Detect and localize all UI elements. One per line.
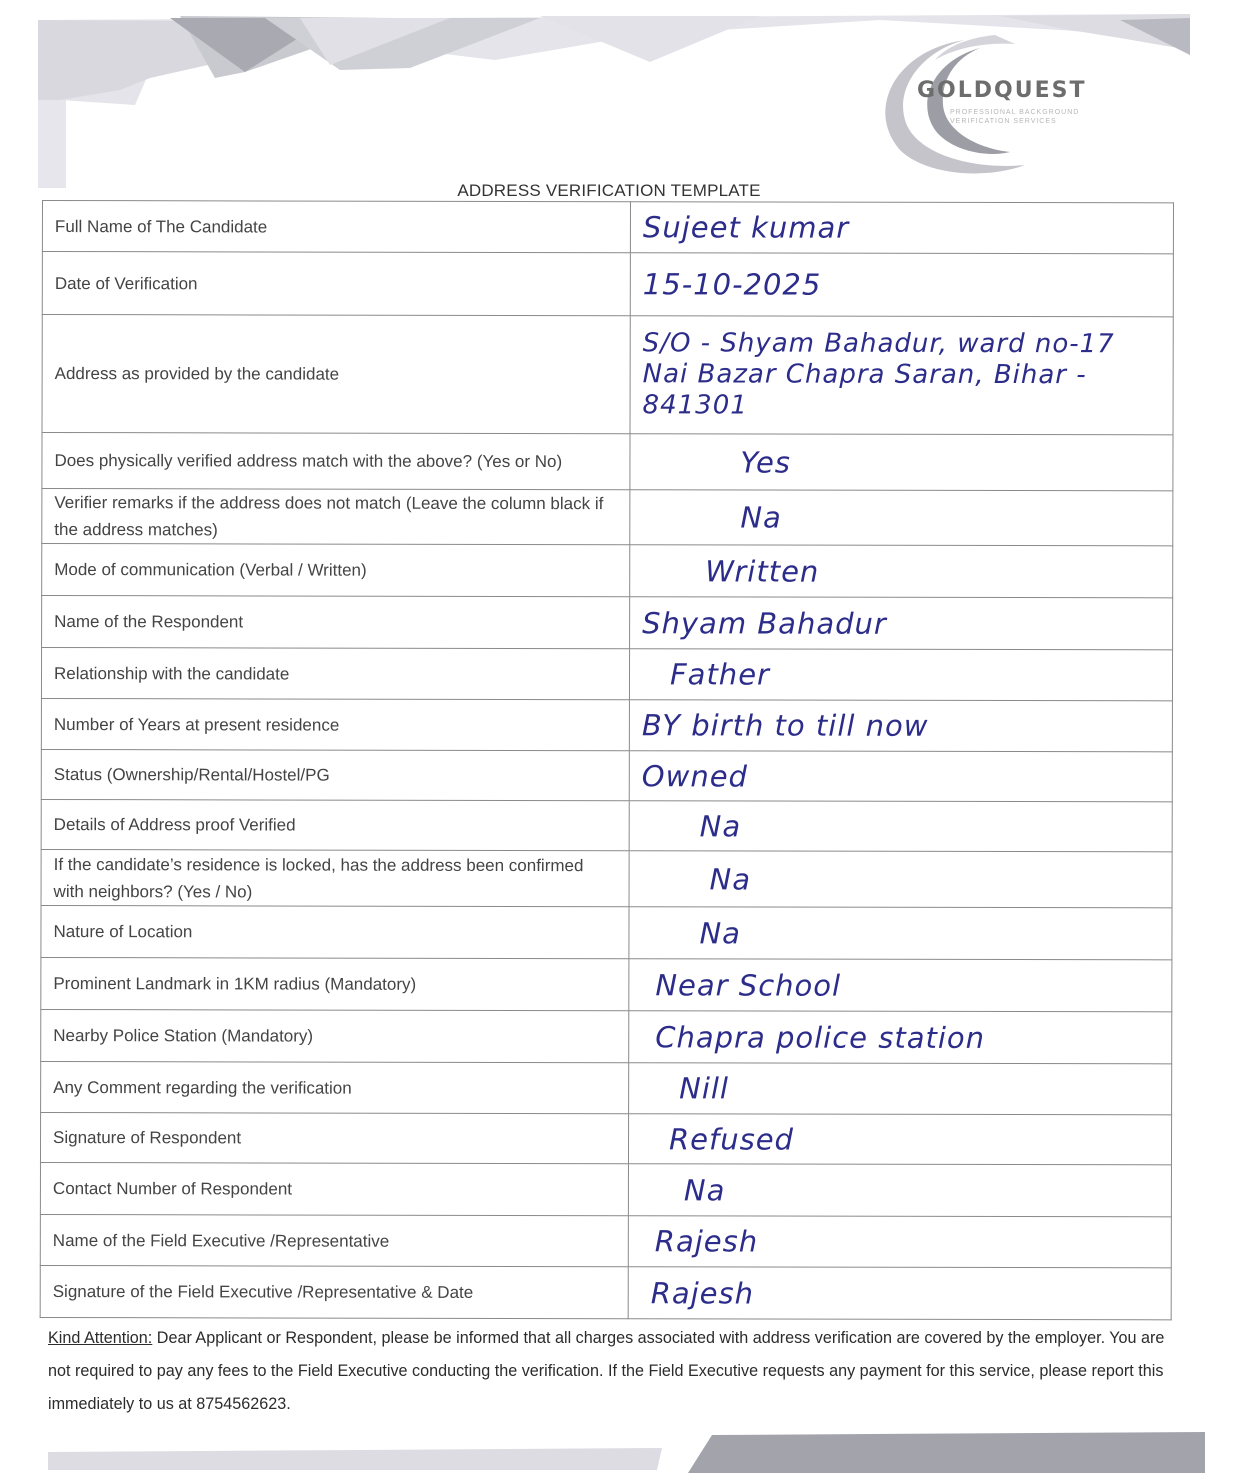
field-label: Nearby Police Station (Mandatory) [41,1009,629,1062]
field-label: If the candidate’s residence is locked, … [41,849,629,906]
field-value-comment[interactable]: Nill [629,1063,1172,1115]
field-label: Mode of communication (Verbal / Written) [42,544,630,597]
brand-tagline: PROFESSIONAL BACKGROUND VERIFICATION SER… [950,108,1140,126]
table-row: Number of Years at present residence BY … [41,698,1172,751]
goldquest-logo: GOLDQUEST PROFESSIONAL BACKGROUND VERIFI… [855,30,1155,180]
field-label: Any Comment regarding the verification [41,1061,629,1113]
table-row: If the candidate’s residence is locked, … [41,849,1172,907]
field-label: Relationship with the candidate [41,648,629,700]
field-value-verifier-remarks[interactable]: Na [630,490,1173,546]
field-value-relationship[interactable]: Father [629,649,1172,701]
field-label: Signature of the Field Executive /Repres… [40,1265,628,1318]
field-label: Number of Years at present residence [41,698,629,750]
field-value-candidate-name[interactable]: Sujeet kumar [630,202,1173,254]
field-label: Name of the Respondent [42,596,630,649]
field-label: Verifier remarks if the address does not… [42,489,630,545]
verification-form-table: Full Name of The Candidate Sujeet kumar … [40,200,1174,1320]
footer-banner-graphic [0,1420,1240,1473]
field-label: Status (Ownership/Rental/Hostel/PG [41,749,629,800]
field-label: Contact Number of Respondent [40,1162,628,1215]
notice-text: Dear Applicant or Respondent, please be … [48,1329,1164,1413]
table-row: Signature of Respondent Refused [40,1112,1171,1164]
field-value-date[interactable]: 15-10-2025 [630,253,1173,317]
field-label: Does physically verified address match w… [42,433,630,490]
logo-swoosh-icon [855,30,1155,180]
table-row: Contact Number of Respondent Na [40,1162,1171,1216]
table-row: Full Name of The Candidate Sujeet kumar [42,201,1173,254]
field-label: Name of the Field Executive /Representat… [40,1214,628,1266]
field-value-neighbors[interactable]: Na [629,851,1172,908]
table-row: Any Comment regarding the verification N… [41,1061,1172,1114]
field-label: Prominent Landmark in 1KM radius (Mandat… [41,957,629,1010]
kind-attention-notice: Kind Attention: Dear Applicant or Respon… [48,1322,1175,1421]
field-value-address[interactable]: S/O - Shyam Bahadur, ward no-17 Nai Baza… [630,316,1173,435]
document-title: ADDRESS VERIFICATION TEMPLATE [0,181,1218,201]
table-row: Date of Verification 15-10-2025 [42,252,1173,317]
table-row: Mode of communication (Verbal / Written)… [42,544,1173,598]
field-value-executive-signature[interactable]: Rajesh [628,1267,1171,1320]
field-value-years[interactable]: BY birth to till now [629,700,1172,752]
table-row: Nature of Location Na [41,905,1172,959]
field-value-nature-location[interactable]: Na [629,907,1172,960]
table-row: Status (Ownership/Rental/Hostel/PG Owned [41,749,1172,801]
table-row: Name of the Respondent Shyam Bahadur [42,596,1173,650]
table-row: Details of Address proof Verified Na [41,799,1172,851]
field-label: Details of Address proof Verified [41,799,629,850]
table-row: Verifier remarks if the address does not… [42,489,1173,546]
field-value-mode[interactable]: Written [630,545,1173,598]
table-row: Does physically verified address match w… [42,433,1173,491]
field-value-contact-number[interactable]: Na [628,1164,1171,1217]
field-label: Full Name of The Candidate [42,201,630,253]
notice-heading: Kind Attention: [48,1329,152,1347]
field-value-status[interactable]: Owned [629,751,1172,802]
field-value-address-match[interactable]: Yes [630,434,1173,491]
table-row: Relationship with the candidate Father [41,648,1172,701]
field-value-landmark[interactable]: Near School [629,959,1172,1012]
field-value-respondent-name[interactable]: Shyam Bahadur [630,597,1173,650]
table-row: Address as provided by the candidate S/O… [42,315,1173,435]
table-row: Name of the Field Executive /Representat… [40,1214,1171,1267]
field-label: Address as provided by the candidate [42,315,630,434]
field-label: Date of Verification [42,252,630,316]
field-value-respondent-signature[interactable]: Refused [628,1114,1171,1165]
field-label: Nature of Location [41,905,629,958]
table-row: Nearby Police Station (Mandatory) Chapra… [41,1009,1172,1063]
table-row: Prominent Landmark in 1KM radius (Mandat… [41,957,1172,1011]
table-row: Signature of the Field Executive /Repres… [40,1265,1171,1319]
field-label: Signature of Respondent [40,1112,628,1163]
footer-stripe-icon [0,1420,1240,1473]
field-value-field-executive[interactable]: Rajesh [628,1216,1171,1268]
field-value-address-proof[interactable]: Na [629,801,1172,852]
brand-name: GOLDQUEST [917,78,1087,103]
field-value-police-station[interactable]: Chapra police station [629,1011,1172,1064]
